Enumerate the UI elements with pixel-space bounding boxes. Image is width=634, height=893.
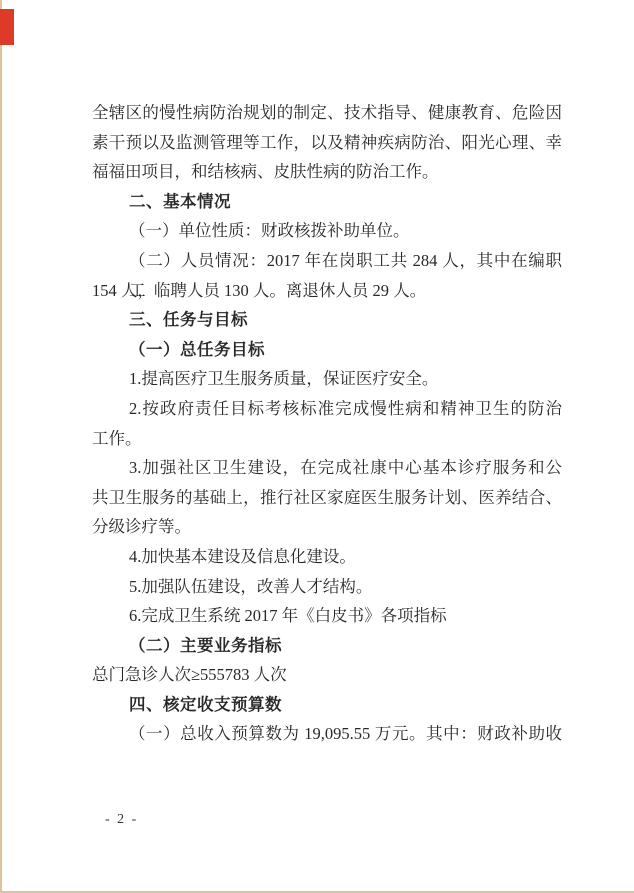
section-heading: 二、基本情况 <box>92 187 562 217</box>
text-line: 6.完成卫生系统 2017 年《白皮书》各项指标 <box>92 601 562 631</box>
text-line: 2.按政府责任目标考核标准完成慢性病和精神卫生的防治 <box>92 394 562 424</box>
text-line: 4.加快基本建设及信息化建设。 <box>92 542 562 572</box>
document-page: 全辖区的慢性病防治规划的制定、技术指导、健康教育、危险因 素干预以及监测管理等工… <box>0 0 634 893</box>
page-number: - 2 - <box>105 812 138 828</box>
page-left-edge-line <box>0 0 2 893</box>
text-line: 3.加强社区卫生建设，在完成社康中心基本诊疗服务和公 <box>92 453 562 483</box>
text-line: 全辖区的慢性病防治规划的制定、技术指导、健康教育、危险因 <box>92 98 562 128</box>
text-line: 分级诊疗等。 <box>92 512 562 542</box>
text-line: 共卫生服务的基础上，推行社区家庭医生服务计划、医养结合、 <box>92 483 562 513</box>
text-line: 总门急诊人次≥555783 人次 <box>92 660 562 690</box>
text-line: 5.加强队伍建设，改善人才结构。 <box>92 572 562 602</box>
text-line: 工作。 <box>92 424 562 454</box>
text-line: 154 人，临聘人员 130 人。离退休人员 29 人。 <box>92 276 562 306</box>
text-line: 素干预以及监测管理等工作，以及精神疾病防治、阳光心理、幸 <box>92 128 562 158</box>
red-corner-mark <box>0 9 14 45</box>
text-line: （一）单位性质：财政核拨补助单位。 <box>92 216 562 246</box>
text-line: （二）人员情况：2017 年在岗职工共 284 人，其中在编职工 <box>92 246 562 276</box>
subsection-heading: （一）总任务目标 <box>92 335 562 365</box>
section-heading: 三、任务与目标 <box>92 305 562 335</box>
document-body: 全辖区的慢性病防治规划的制定、技术指导、健康教育、危险因 素干预以及监测管理等工… <box>92 98 562 749</box>
subsection-heading: （二）主要业务指标 <box>92 631 562 661</box>
text-line: （一）总收入预算数为 19,095.55 万元。其中：财政补助收 <box>92 719 562 749</box>
text-line: 福福田项目，和结核病、皮肤性病的防治工作。 <box>92 157 562 187</box>
text-line: 1.提高医疗卫生服务质量，保证医疗安全。 <box>92 364 562 394</box>
section-heading: 四、核定收支预算数 <box>92 690 562 720</box>
